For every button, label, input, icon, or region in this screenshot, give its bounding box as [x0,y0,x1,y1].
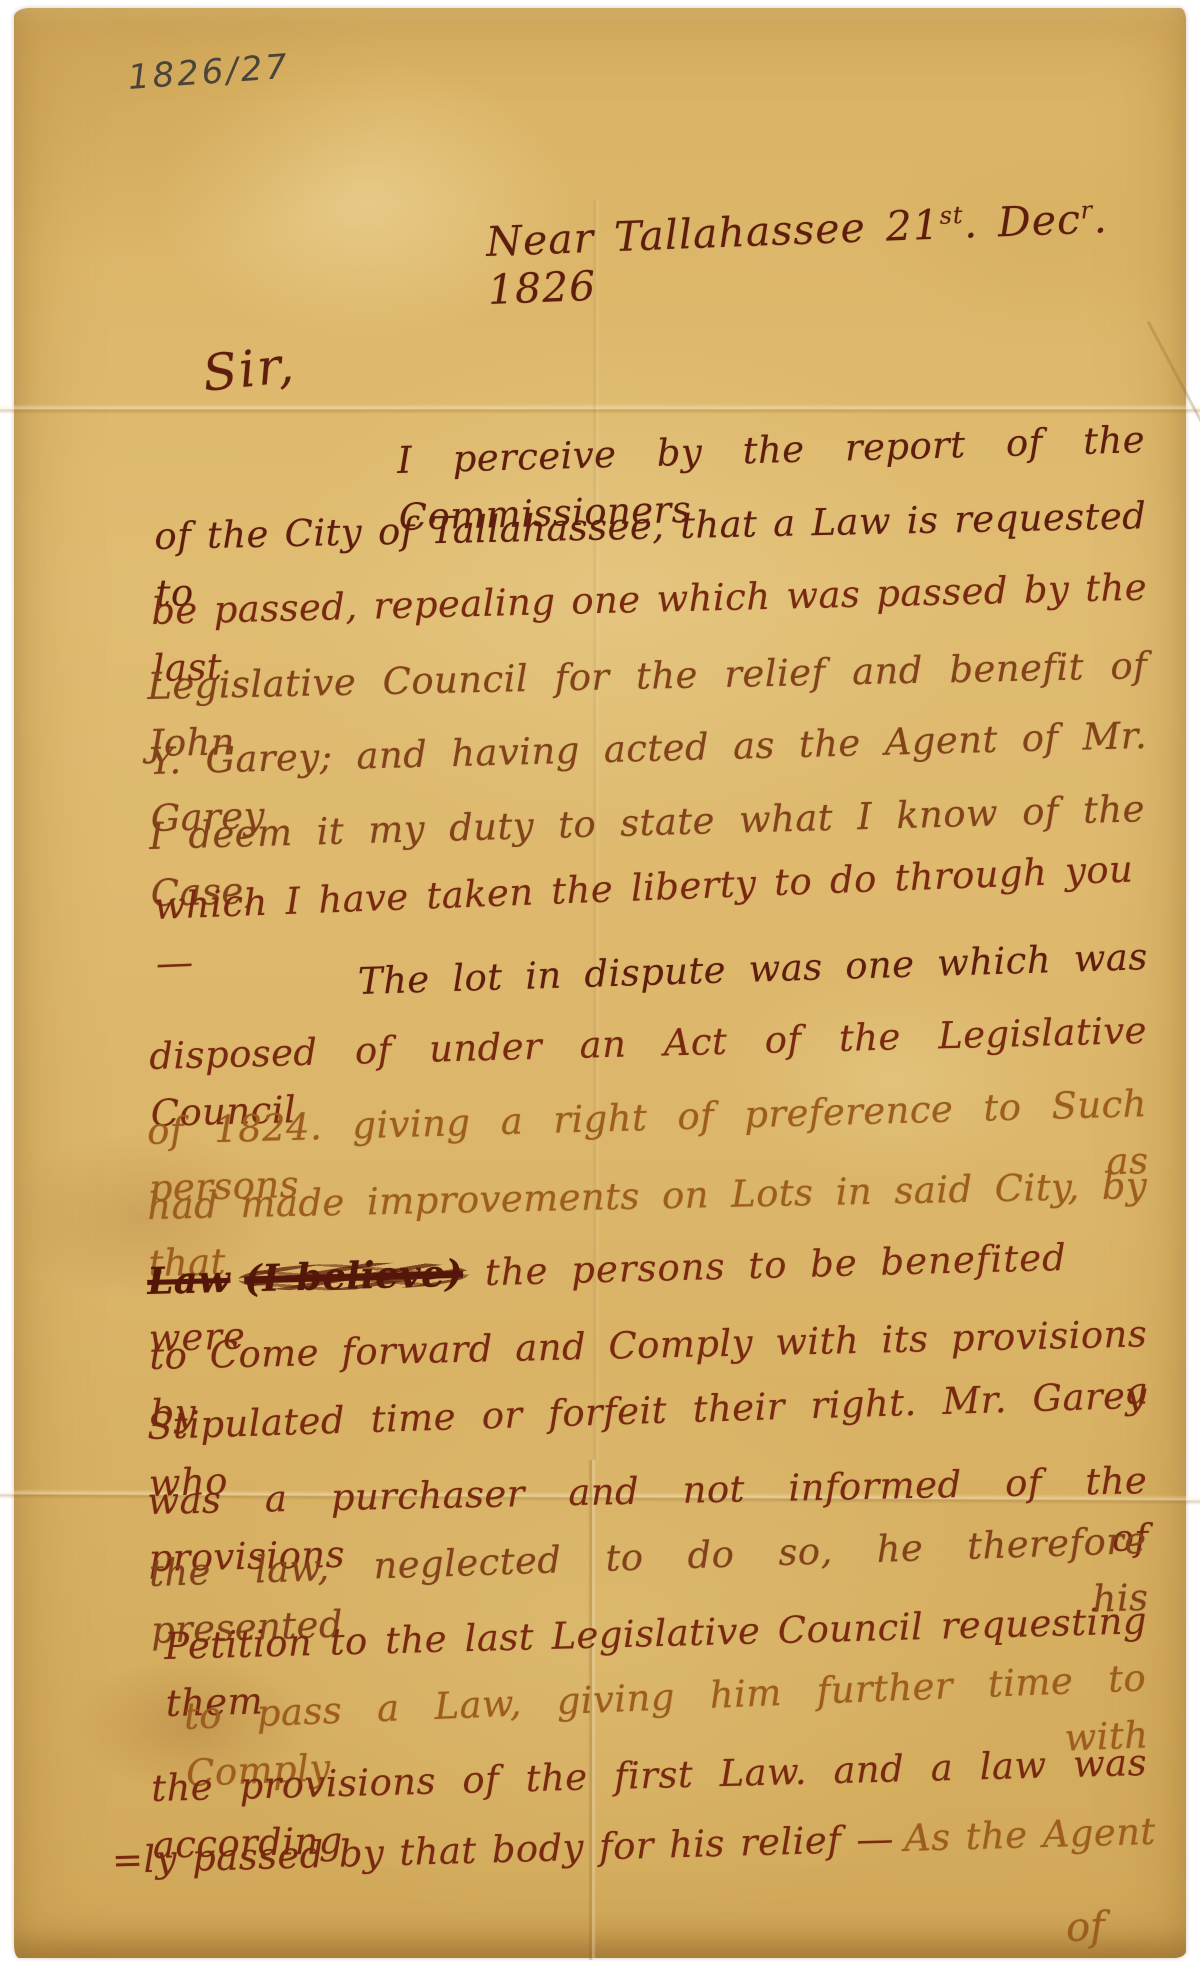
dateline-month: . Dec [963,195,1082,247]
catchword: of [1065,1904,1105,1951]
fold-crease-horizontal-top [0,404,1200,414]
struck-word: Law [147,1257,231,1303]
scribbled-out-word: (I believe) [244,1251,464,1301]
last-line-right: As the Agent [903,1803,1156,1867]
dateline-month-suffix: r [1080,196,1094,224]
dateline-day-suffix: st [939,201,964,230]
scan-background: 1826/27 Near Tallahassee 21st. Decr. 182… [0,0,1200,1988]
salutation: Sir, [200,335,298,402]
